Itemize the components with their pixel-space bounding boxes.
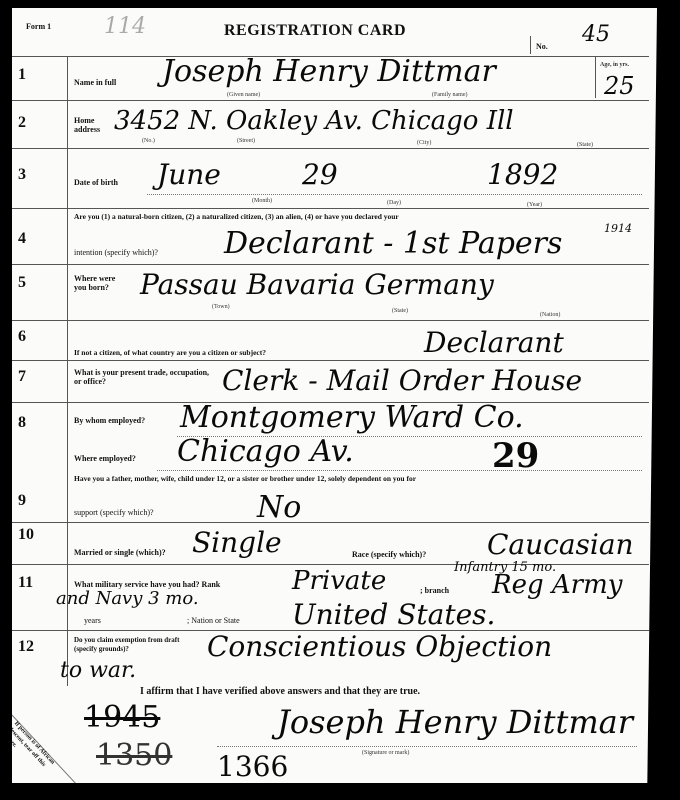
sub-city: (City) bbox=[417, 140, 431, 146]
row-number: 8 bbox=[18, 414, 26, 432]
race-value: Caucasian bbox=[487, 528, 634, 561]
row-number: 12 bbox=[18, 638, 34, 656]
sub-state: (State) bbox=[392, 308, 408, 314]
sub-family: (Family name) bbox=[432, 92, 468, 98]
employer-value: Montgomery Ward Co. bbox=[180, 400, 524, 435]
divider bbox=[12, 100, 649, 101]
dob-year: 1892 bbox=[487, 158, 558, 191]
where-employed-value: Chicago Av. bbox=[177, 434, 354, 469]
card-title: REGISTRATION CARD bbox=[224, 22, 406, 40]
divider bbox=[595, 56, 596, 98]
race-label: Race (specify which)? bbox=[352, 550, 426, 559]
name-value: Joseph Henry Dittmar bbox=[162, 54, 496, 89]
struck-number: 1350 bbox=[96, 738, 172, 773]
military-extra: and Navy 3 mo. bbox=[56, 588, 199, 609]
no-label: No. bbox=[536, 42, 548, 51]
marital-label: Married or single (which)? bbox=[74, 548, 166, 557]
struck-number: 1945 bbox=[84, 700, 160, 735]
rank-value: Private bbox=[292, 566, 386, 596]
corner-text: If person is of African descent, tear of… bbox=[0, 720, 65, 788]
form-label: Form 1 bbox=[26, 22, 51, 31]
sub-day: (Day) bbox=[387, 200, 401, 206]
row-number: 3 bbox=[18, 166, 26, 184]
citizenship-year-note: 1914 bbox=[604, 222, 632, 235]
row-number: 5 bbox=[18, 274, 26, 292]
no-value: 45 bbox=[582, 22, 610, 47]
nation-value: United States. bbox=[292, 598, 495, 631]
divider bbox=[12, 208, 649, 209]
years-label: years bbox=[84, 616, 101, 625]
employer-label: By whom employed? bbox=[74, 416, 145, 425]
age-value: 25 bbox=[604, 72, 635, 100]
row-number: 2 bbox=[18, 114, 26, 132]
dob-month: June bbox=[157, 158, 221, 191]
divider bbox=[12, 320, 649, 321]
bottom-number: 1366 bbox=[217, 750, 288, 783]
sub-town: (Town) bbox=[212, 304, 230, 310]
branch-value: Reg Army bbox=[492, 570, 622, 600]
divider bbox=[530, 36, 531, 54]
signature: Joseph Henry Dittmar bbox=[277, 703, 633, 741]
birthplace-value: Passau Bavaria Germany bbox=[140, 268, 494, 301]
sub-no: (No.) bbox=[142, 138, 155, 144]
row-number: 11 bbox=[18, 574, 33, 592]
citizenship-label: intention (specify which)? bbox=[74, 248, 158, 257]
where-employed-label: Where employed? bbox=[74, 454, 136, 463]
affirmation-text: I affirm that I have verified above answ… bbox=[140, 686, 420, 697]
dob-day: 29 bbox=[302, 158, 338, 191]
marital-value: Single bbox=[192, 526, 282, 559]
signature-sub: (Signature or mark) bbox=[362, 750, 409, 756]
sub-nation: (Nation) bbox=[540, 312, 560, 318]
row-number: 6 bbox=[18, 328, 26, 346]
exemption-value: Conscientious Objection bbox=[207, 630, 552, 663]
row-number: 10 bbox=[18, 526, 34, 544]
row-number: 9 bbox=[18, 492, 26, 510]
address-label: Home address bbox=[74, 116, 114, 134]
exemption-label: Do you claim exemption from draft (speci… bbox=[74, 636, 204, 654]
citizenship-value: Declarant - 1st Papers bbox=[224, 226, 562, 261]
age-label: Age, in yrs. bbox=[600, 62, 629, 68]
row-number: 4 bbox=[18, 230, 26, 248]
divider bbox=[147, 194, 642, 195]
row-number: 1 bbox=[18, 66, 26, 84]
divider bbox=[12, 264, 649, 265]
address-value: 3452 N. Oakley Av. Chicago Ill bbox=[114, 106, 514, 136]
occupation-value: Clerk - Mail Order House bbox=[222, 364, 582, 397]
dependents-question: Have you a father, mother, wife, child u… bbox=[74, 474, 416, 483]
row-number: 7 bbox=[18, 368, 26, 386]
sub-street: (Street) bbox=[237, 138, 255, 144]
divider bbox=[157, 470, 642, 471]
divider bbox=[12, 360, 649, 361]
serial-handwritten: 114 bbox=[104, 14, 146, 39]
dependents-label: support (specify which)? bbox=[74, 508, 154, 517]
nation-label: ; Nation or State bbox=[187, 616, 240, 625]
branch-label: ; branch bbox=[420, 586, 449, 595]
sub-month: (Month) bbox=[252, 198, 272, 204]
sub-given: (Given name) bbox=[227, 92, 260, 98]
dob-label: Date of birth bbox=[74, 178, 118, 187]
citizenship-question: Are you (1) a natural-born citizen, (2) … bbox=[74, 212, 399, 221]
birthplace-label: Where were you born? bbox=[74, 274, 124, 292]
divider bbox=[12, 148, 649, 149]
citizen-of-value: Declarant bbox=[424, 326, 564, 359]
dependents-value: No bbox=[257, 490, 301, 525]
registration-card: Form 1 114 REGISTRATION CARD No. 45 1 Na… bbox=[12, 8, 657, 783]
signature-line bbox=[217, 746, 637, 747]
occupation-label: What is your present trade, occupation, … bbox=[74, 368, 214, 386]
exemption-value-cont: to war. bbox=[60, 658, 136, 683]
divider bbox=[12, 522, 649, 523]
citizen-of-label: If not a citizen, of what country are yo… bbox=[74, 348, 266, 357]
name-label: Name in full bbox=[74, 78, 116, 87]
